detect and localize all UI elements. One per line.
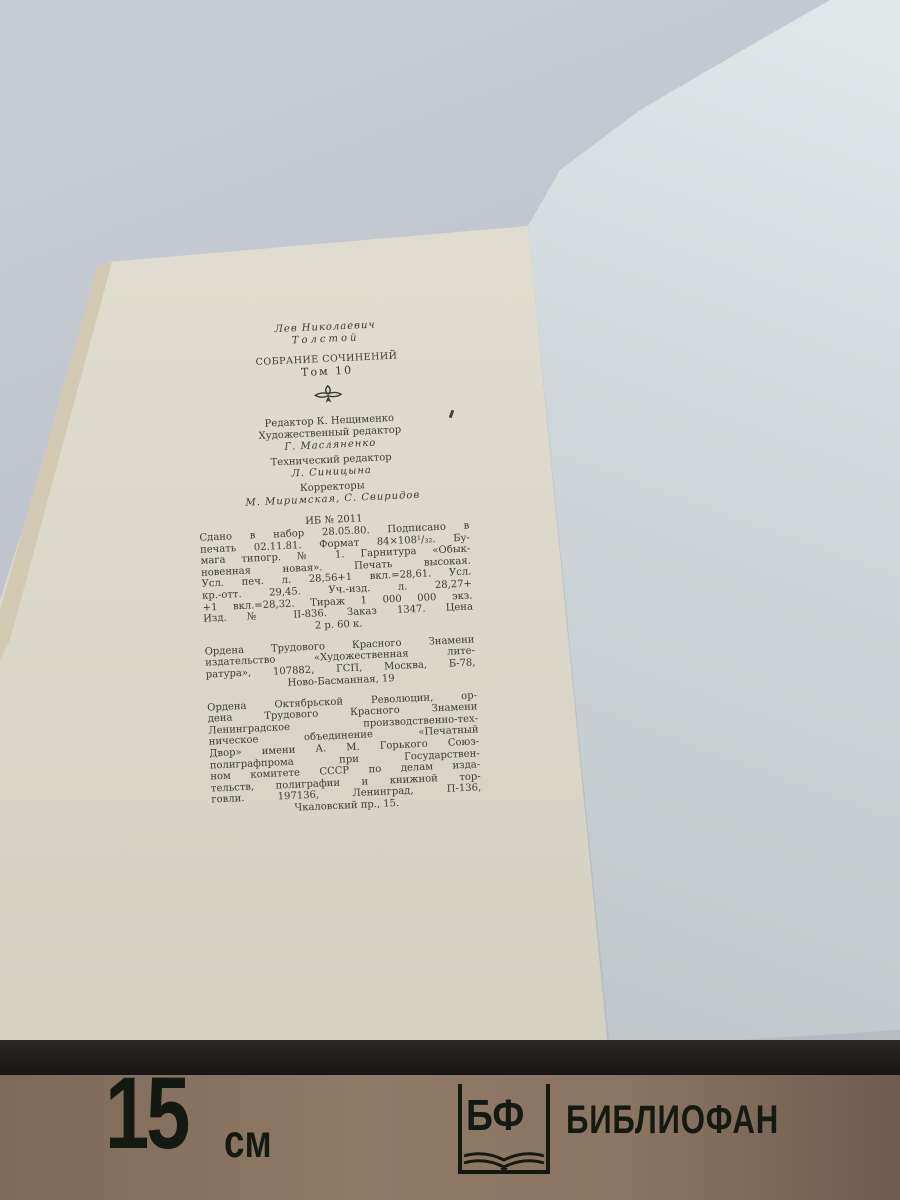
- size-unit: см: [224, 1118, 272, 1164]
- logo-letters: БФ: [466, 1094, 524, 1138]
- imprint-block: Лев Николаевич Толстой СОБРАНИЕ СОЧИНЕНИ…: [190, 316, 482, 819]
- printer-info: Ордена Октябрьской Революции, ор- дена Т…: [207, 690, 482, 818]
- photo-scene: Лев Николаевич Толстой СОБРАНИЕ СОЧИНЕНИ…: [0, 0, 900, 1200]
- fleuron-ornament-icon: [313, 383, 344, 406]
- print-details: Сдано в набор 28.05.80. Подписано в печа…: [199, 521, 473, 638]
- open-book-icon: [462, 1150, 546, 1172]
- publisher-info: Ордена Трудового Красного Знамени издате…: [204, 634, 476, 693]
- size-value: 15: [105, 1062, 187, 1164]
- brand-name: БИБЛИОФАН: [566, 1100, 779, 1140]
